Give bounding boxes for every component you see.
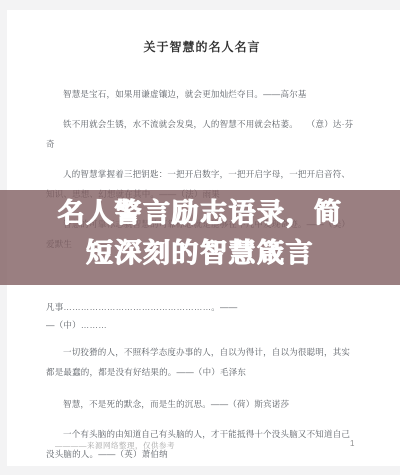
quote-line-6: 智慧，不是死的默念，而是生的沉思。——（荷）斯宾诺莎 bbox=[46, 394, 358, 414]
headline-overlay-banner: 名人警言励志语录，简短深刻的智慧箴言 bbox=[0, 190, 400, 285]
footer-note: ————来源网络整理，仅供参考 bbox=[55, 440, 175, 451]
occluded-text-line-2: —（中）……… bbox=[46, 316, 358, 334]
quote-line-5: 一切狡猾的人，不照科学态度办事的人，自以为得计，自以为很聪明，其实都是最蠢的，都… bbox=[46, 342, 358, 382]
document-preview: 关于智慧的名人名言 智慧是宝石，如果用谦虚镶边，就会更加灿烂夺目。——高尔基 铁… bbox=[0, 0, 400, 475]
headline-text: 名人警言励志语录，简短深刻的智慧箴言 bbox=[49, 190, 351, 273]
occluded-text-line-1: 凡事……………………………………………。—— bbox=[46, 298, 358, 316]
page-title: 关于智慧的名人名言 bbox=[46, 40, 358, 54]
page-number: 1 bbox=[350, 439, 354, 448]
quote-line-2: 铁不用就会生锈，水不流就会发臭，人的智慧不用就会枯萎。 （意）达·芬奇 bbox=[46, 114, 358, 154]
quote-line-1: 智慧是宝石，如果用谦虚镶边，就会更加灿烂夺目。——高尔基 bbox=[46, 84, 358, 104]
